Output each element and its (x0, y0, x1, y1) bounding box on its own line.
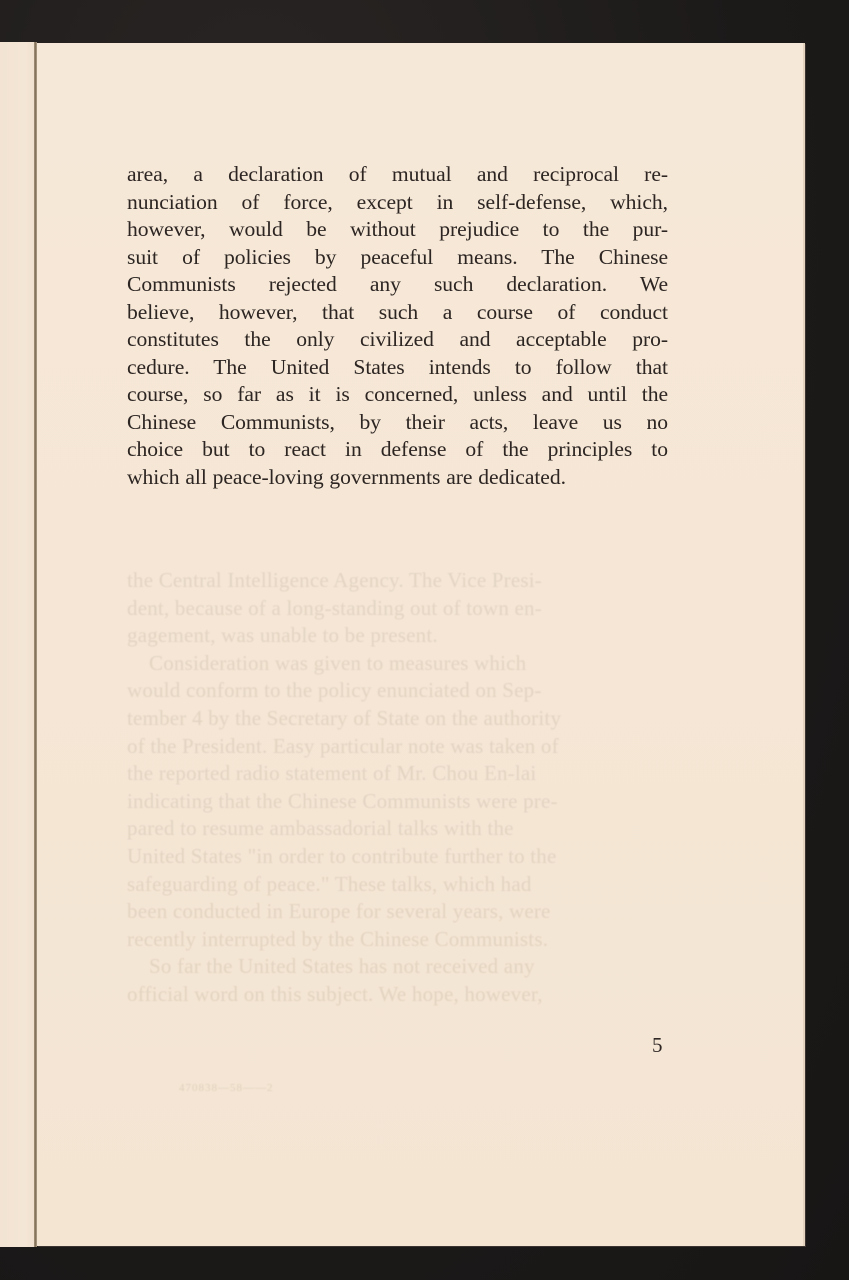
show-through-line: recently interrupted by the Chinese Comm… (127, 926, 672, 954)
text-line: choice but to react in defense of the pr… (127, 436, 668, 464)
previous-page-edge (0, 42, 36, 1247)
text-line: cedure. The United States intends to fol… (127, 354, 668, 382)
body-paragraph: area, a declaration of mutual and recipr… (127, 161, 668, 492)
page-number: 5 (652, 1033, 663, 1058)
show-through-line: United States "in order to contribute fu… (127, 843, 672, 871)
show-through-line: the Central Intelligence Agency. The Vic… (127, 567, 672, 595)
show-through-footer: 470838—58——2 (179, 1082, 274, 1094)
text-line: Chinese Communists, by their acts, leave… (127, 409, 668, 437)
text-line: however, would be without prejudice to t… (127, 216, 668, 244)
text-line: constitutes the only civilized and accep… (127, 326, 668, 354)
show-through-line: would conform to the policy enunciated o… (127, 677, 672, 705)
text-line: believe, however, that such a course of … (127, 299, 668, 327)
show-through-line: gagement, was unable to be present. (127, 622, 672, 650)
show-through-line: indicating that the Chinese Communists w… (127, 788, 672, 816)
text-line: nunciation of force, except in self-defe… (127, 189, 668, 217)
text-line: area, a declaration of mutual and recipr… (127, 161, 668, 189)
show-through-line: of the President. Easy particular note w… (127, 733, 672, 761)
book-page: the Central Intelligence Agency. The Vic… (37, 43, 805, 1246)
show-through-line: official word on this subject. We hope, … (127, 981, 672, 1009)
show-through-line: safeguarding of peace." These talks, whi… (127, 871, 672, 899)
text-line: which all peace-loving governments are d… (127, 464, 668, 492)
text-line: course, so far as it is concerned, unles… (127, 381, 668, 409)
show-through-line: tember 4 by the Secretary of State on th… (127, 705, 672, 733)
show-through-line: dent, because of a long-standing out of … (127, 595, 672, 623)
show-through-line: Consideration was given to measures whic… (127, 650, 672, 678)
show-through-line: the reported radio statement of Mr. Chou… (127, 760, 672, 788)
text-line: Communists rejected any such declaration… (127, 271, 668, 299)
show-through-line: been conducted in Europe for several yea… (127, 898, 672, 926)
text-line: suit of policies by peaceful means. The … (127, 244, 668, 272)
show-through-line: So far the United States has not receive… (127, 953, 672, 981)
show-through-line: pared to resume ambassadorial talks with… (127, 815, 672, 843)
